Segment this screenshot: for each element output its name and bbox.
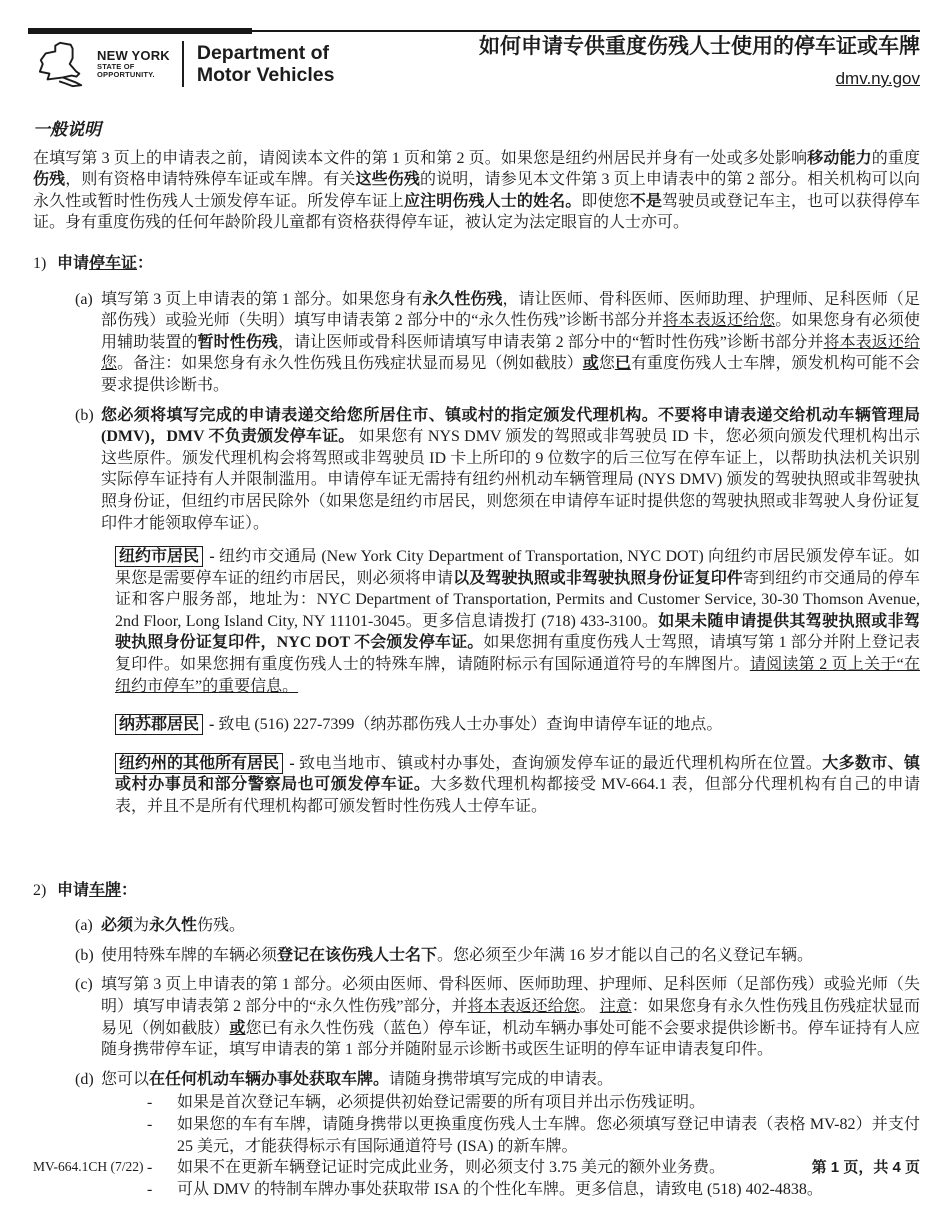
section-2-item-a: (a) 必须为永久性伤残。 [75, 915, 920, 937]
section-2-item-c: (c) 填写第 3 页上申请表的第 1 部分。必须由医师、骨科医师、医师助理、护… [75, 974, 920, 1060]
logo-department-text: Department of Motor Vehicles [197, 42, 335, 86]
dmv-website-link[interactable]: dmv.ny.gov [836, 68, 920, 90]
header: NEW YORK STATE OF OPPORTUNITY. Departmen… [33, 28, 920, 94]
section-1-item-a: (a) 填写第 3 页上申请表的第 1 部分。如果您身有永久性伤残，请让医师、骨… [75, 289, 920, 397]
logo-brand-line1: NEW YORK [97, 49, 170, 63]
intro-paragraph: 在填写第 3 页上的申请表之前，请阅读本文件的第 1 页和第 2 页。如果您是纽… [33, 148, 920, 234]
section-2-number: 2) [33, 880, 57, 902]
document-page: NEW YORK STATE OF OPPORTUNITY. Departmen… [0, 28, 950, 1200]
logo-divider [182, 41, 184, 87]
logo-brand-text: NEW YORK STATE OF OPPORTUNITY. [97, 49, 170, 80]
item-d-lead: 您可以在任何机动车辆办事处获取车牌。请随身携带填写完成的申请表。 [101, 1071, 613, 1088]
item-text: 您可以在任何机动车辆办事处获取车牌。请随身携带填写完成的申请表。 - 如果是首次… [101, 1069, 920, 1201]
general-instructions-heading: 一般说明 [33, 119, 920, 141]
section-2-heading: 2) 申请车牌： [33, 880, 920, 902]
nassau-residents-paragraph: 纳苏郡居民 - 致电 (516) 227-7399（纳苏郡伤残人士办事处）查询申… [115, 714, 920, 736]
item-text: 必须为永久性伤残。 [101, 915, 920, 937]
section-1-number: 1) [33, 253, 57, 275]
nyc-residents-paragraph: 纽约市居民 - 纽约市交通局 (New York City Department… [115, 546, 920, 697]
item-d-bullets: - 如果是首次登记车辆，必须提供初始登记需要的所有项目并出示伤残证明。 - 如果… [147, 1092, 920, 1200]
logo-dept-line2: Motor Vehicles [197, 64, 335, 86]
bullet-text: 可从 DMV 的特制车牌办事处获取带 ISA 的个性化车牌。更多信息，请致电 (… [177, 1179, 920, 1201]
bullet-item: - 如果是首次登记车辆，必须提供初始登记需要的所有项目并出示伤残证明。 [147, 1092, 920, 1114]
item-marker: (b) [75, 945, 101, 967]
bullet-text: 如果您的车有车牌，请随身携带以更换重度伤残人士车牌。您必须填写登记申请表（表格 … [177, 1114, 920, 1157]
nyc-residents-label: 纽约市居民 [115, 546, 203, 567]
logo-brand-line3: OPPORTUNITY. [97, 71, 170, 80]
bullet-dash: - [147, 1179, 177, 1201]
other-residents-label: 纽约州的其他所有居民 [115, 753, 283, 774]
section-2-item-d: (d) 您可以在任何机动车辆办事处获取车牌。请随身携带填写完成的申请表。 - 如… [75, 1069, 920, 1201]
bullet-text: 如果不在更新车辆登记证时完成此业务，则必须支付 3.75 美元的额外业务费。 [177, 1157, 920, 1179]
item-marker: (c) [75, 974, 101, 1060]
bullet-item: - 如果不在更新车辆登记证时完成此业务，则必须支付 3.75 美元的额外业务费。 [147, 1157, 920, 1179]
logo-dept-line1: Department of [197, 42, 329, 64]
item-marker: (d) [75, 1069, 101, 1201]
nassau-residents-text: - 致电 (516) 227-7399（纳苏郡伤残人士办事处）查询申请停车证的地… [205, 716, 722, 733]
page-number: 第 1 页，共 4 页 [812, 1157, 920, 1179]
section-2-item-b: (b) 使用特殊车牌的车辆必须登记在该伤残人士名下。您必须至少年满 16 岁才能… [75, 945, 920, 967]
nassau-residents-label: 纳苏郡居民 [115, 714, 203, 735]
bullet-dash: - [147, 1157, 177, 1179]
item-text: 使用特殊车牌的车辆必须登记在该伤残人士名下。您必须至少年满 16 岁才能以自己的… [101, 945, 920, 967]
item-marker: (a) [75, 915, 101, 937]
section-1-title: 申请停车证： [57, 253, 153, 275]
document-title: 如何申请专供重度伤残人士使用的停车证或车牌 [479, 34, 920, 59]
item-marker: (b) [75, 405, 101, 535]
form-number: MV-664.1CH (7/22) [33, 1156, 144, 1178]
bullet-item: - 如果您的车有车牌，请随身携带以更换重度伤残人士车牌。您必须填写登记申请表（表… [147, 1114, 920, 1157]
header-titles: 如何申请专供重度伤残人士使用的停车证或车牌 dmv.ny.gov [479, 34, 920, 91]
bullet-dash: - [147, 1114, 177, 1157]
bullet-dash: - [147, 1092, 177, 1114]
item-text: 填写第 3 页上申请表的第 1 部分。必须由医师、骨科医师、医师助理、护理师、足… [101, 974, 920, 1060]
nyc-residents-text: - 纽约市交通局 (New York City Department of Tr… [115, 548, 920, 695]
ny-state-outline-icon [33, 38, 91, 90]
bullet-text: 如果是首次登记车辆，必须提供初始登记需要的所有项目并出示伤残证明。 [177, 1092, 920, 1114]
item-marker: (a) [75, 289, 101, 397]
bullet-item: - 可从 DMV 的特制车牌办事处获取带 ISA 的个性化车牌。更多信息，请致电… [147, 1179, 920, 1201]
item-text: 填写第 3 页上申请表的第 1 部分。如果您身有永久性伤残，请让医师、骨科医师、… [101, 289, 920, 397]
section-2-title: 申请车牌： [57, 880, 137, 902]
section-1-heading: 1) 申请停车证： [33, 253, 920, 275]
header-thick-bar [28, 28, 252, 34]
other-residents-paragraph: 纽约州的其他所有居民 - 致电当地市、镇或村办事处，查询颁发停车证的最近代理机构… [115, 753, 920, 818]
item-text: 您必须将填写完成的申请表递交给您所居住市、镇或村的指定颁发代理机构。不要将申请表… [101, 405, 920, 535]
nys-dmv-logo: NEW YORK STATE OF OPPORTUNITY. Departmen… [33, 38, 335, 90]
section-1-item-b: (b) 您必须将填写完成的申请表递交给您所居住市、镇或村的指定颁发代理机构。不要… [75, 405, 920, 535]
